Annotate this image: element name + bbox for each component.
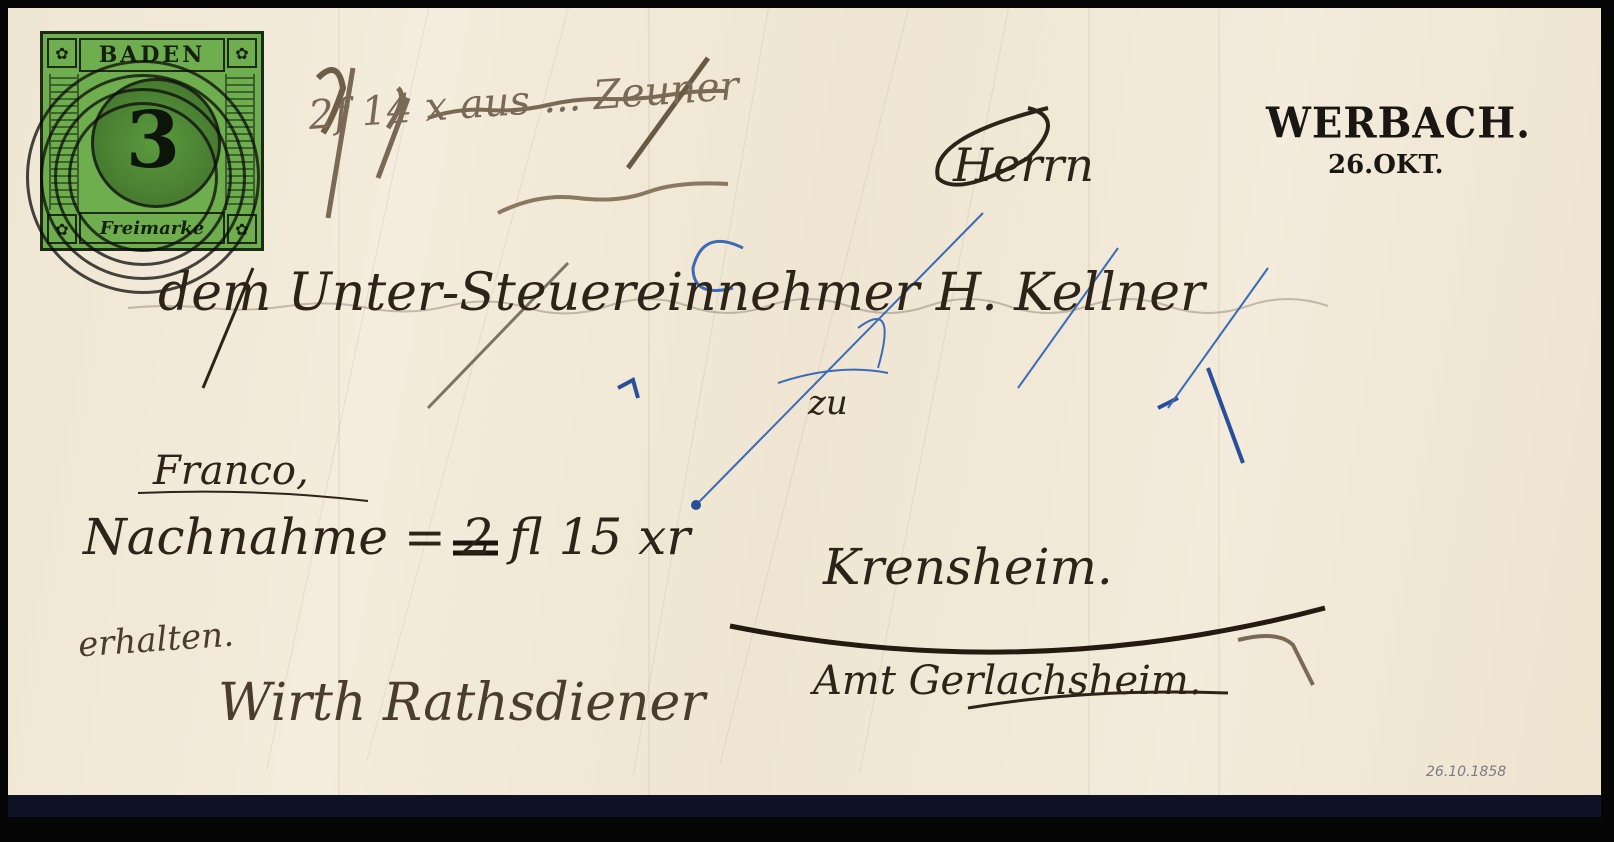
letter-cover: ✿ ✿ ✿ ✿ BADEN 3 Freimarke WERBACH. 26.OK… — [8, 8, 1601, 795]
rosette-icon: ✿ — [227, 38, 257, 68]
handwritten-nachnahme: Nachnahme = 2 fl 15 xr — [83, 508, 690, 566]
pencil-date-notation: 26.10.1858 — [1426, 764, 1506, 780]
handwritten-received: erhalten. — [77, 615, 235, 666]
postmark-town: WERBACH. — [1266, 99, 1531, 148]
paper-fold — [1218, 8, 1220, 795]
handwritten-salutation: Herrn — [953, 138, 1094, 192]
handwritten-destination: Krensheim. — [823, 538, 1113, 596]
handwritten-franco: Franco, — [153, 448, 309, 494]
paper-streak — [633, 8, 769, 776]
handwritten-top-note: 2f 14 x aus ... Zeuner — [307, 63, 741, 139]
rosette-icon: ✿ — [47, 38, 77, 68]
postmark-date: 26.OKT. — [1328, 150, 1444, 180]
scan-bottom-band — [8, 795, 1601, 817]
handwritten-addressee: dem Unter-Steuereinnehmer H. Kellner — [158, 263, 1205, 323]
handwritten-signature: Wirth Rathsdiener — [218, 673, 705, 733]
ring-cancel — [68, 102, 218, 252]
werbach-postmark: WERBACH. 26.OKT. — [1266, 100, 1531, 147]
handwritten-district: Amt Gerlachsheim. — [813, 658, 1202, 704]
handwritten-zu: zu — [808, 383, 848, 423]
